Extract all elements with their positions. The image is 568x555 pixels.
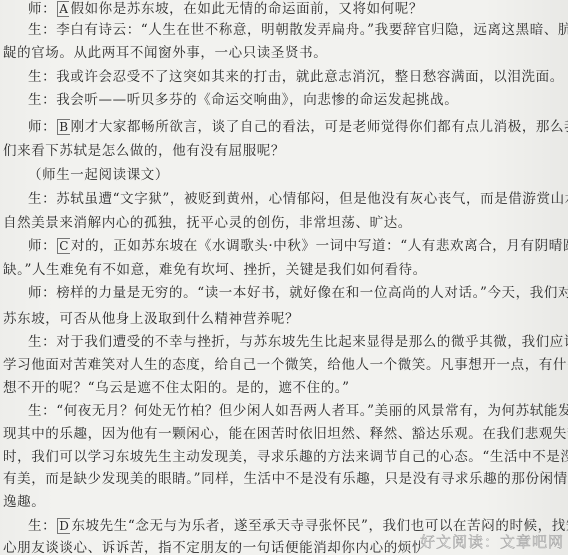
text-line-6: 师：B刚才大家都畅所欲言，谈了自己的看法，可是老师觉得你们都有点儿消极，那么我 bbox=[0, 118, 568, 136]
line-text: 苏轼虽遭“文字狱”，被贬到黄州，心情郁闷，但是他没有灰心丧气，而是借游赏山水等 bbox=[56, 191, 568, 207]
line-text: 苏东坡，可否从他身上汲取到什么精神营养呢？ bbox=[3, 311, 299, 327]
line-text: 时，我们可以学习东坡先生主动发现美，寻求乐趣的方法来调节自己的心态。“生活中不是… bbox=[3, 449, 568, 465]
line-text: 龊的官场。从此两耳不闻窗外事，一心只读圣贤书。 bbox=[3, 45, 327, 61]
marker-D: D bbox=[57, 518, 70, 534]
text-line-21: 有美，而是缺少发现美的眼睛。”同样，生活中不是没有乐趣，只是没有寻求乐趣的那份闲… bbox=[0, 470, 568, 488]
line-text: 对于我们遭受的不幸与挫折，与苏东坡先生比起来显得是那么的微乎其微，我们应该 bbox=[56, 334, 568, 350]
scanned-page: 师：A假如你是苏东坡，在如此无情的命运面前，又将如何呢？ 生：李白有诗云：“人生… bbox=[0, 0, 568, 555]
text-line-16: 学习他面对苦难笑对人生的态度，给自己一个微笑，给他人一个微笑。凡事想开一点，有什… bbox=[0, 356, 568, 374]
text-line-15: 生：对于我们遭受的不幸与挫折，与苏东坡先生比起来显得是那么的微乎其微，我们应该 bbox=[0, 333, 568, 351]
text-line-13: 师：榜样的力量是无穷的。“读一本好书，就好像在和一位高尚的人对话。”今天，我们对… bbox=[0, 284, 568, 302]
underlined-text: 假如你是苏东坡，在如此无情的命运面前，又将如何呢？ bbox=[70, 1, 423, 18]
underlined-text: 刚才大家都畅所欲言，谈了自己的看法，可是老师觉得你们都有点儿消极，那么我 bbox=[71, 119, 568, 136]
marker-C: C bbox=[57, 238, 70, 254]
line-text: 榜样的力量是无穷的。“读一本好书，就好像在和一位高尚的人对话。”今天，我们对话 bbox=[56, 285, 568, 301]
underlined-text: 对的，正如苏东坡在《水调歌头·中秋》一词中写道：“人有悲欢离合，月有阴晴圆 bbox=[71, 238, 568, 255]
line-text: “何夜无月？何处无竹柏？但少闲人如吾两人者耳。”美丽的风景常有，为何苏轼能发 bbox=[56, 403, 568, 419]
speaker-label: 生： bbox=[28, 92, 56, 108]
underlined-text: 心朋友谈谈心、诉诉苦，指不定朋友的一句话便能消却你内心的烦忧。 bbox=[3, 540, 420, 555]
speaker-label: 生： bbox=[28, 191, 56, 207]
text-line-4: 生：我或许会忍受不了这突如其来的打击，就此意志消沉，整日愁容满面，以泪洗面。 bbox=[0, 68, 568, 86]
watermark: 好文阅读：文章吧网 bbox=[420, 531, 564, 552]
speaker-label: 师： bbox=[28, 238, 56, 254]
text-line-3: 龊的官场。从此两耳不闻窗外事，一心只读圣贤书。 bbox=[0, 44, 568, 62]
underlined-text: 缺。”人生难免有不如意，难免有坎坷、挫折，关键是我们如何看待。 bbox=[3, 262, 427, 279]
speaker-label: 生： bbox=[28, 22, 56, 38]
text-line-10: 自然美景来消解内心的孤独，抚平心灵的创伤，非常坦荡、旷达。 bbox=[0, 214, 568, 232]
text-line-18: 生：“何夜无月？何处无竹柏？但少闲人如吾两人者耳。”美丽的风景常有，为何苏轼能发 bbox=[0, 402, 568, 420]
line-text: 现其中的乐趣，因为他有一颗闲心，能在困苦时依旧坦然、释然、豁达乐观。在我们悲观失… bbox=[3, 426, 568, 442]
text-line-7: 们来看下苏轼是怎么做的，他有没有屈服呢？ bbox=[0, 142, 568, 160]
line-text: 有美，而是缺少发现美的眼睛。”同样，生活中不是没有乐趣，只是没有寻求乐趣的那份闲… bbox=[3, 471, 568, 487]
speaker-label: 师： bbox=[28, 285, 56, 301]
text-line-9: 生：苏轼虽遭“文字狱”，被贬到黄州，心情郁闷，但是他没有灰心丧气，而是借游赏山水… bbox=[0, 190, 568, 208]
underlined-text: 们来看下苏轼是怎么做的，他有没有屈服呢？ bbox=[3, 143, 285, 160]
text-line-24: 心朋友谈谈心、诉诉苦，指不定朋友的一句话便能消却你内心的烦忧。 bbox=[0, 539, 420, 555]
text-line-20: 时，我们可以学习东坡先生主动发现美，寻求乐趣的方法来调节自己的心态。“生活中不是… bbox=[0, 448, 568, 466]
stage-direction: （师生一起阅读课文） bbox=[28, 167, 169, 183]
speaker-label: 生： bbox=[28, 334, 56, 350]
text-line-19: 现其中的乐趣，因为他有一颗闲心，能在困苦时依旧坦然、释然、豁达乐观。在我们悲观失… bbox=[0, 425, 568, 443]
text-line-14: 苏东坡，可否从他身上汲取到什么精神营养呢？ bbox=[0, 310, 568, 328]
speaker-label: 生： bbox=[28, 69, 56, 85]
text-line-1: 师：A假如你是苏东坡，在如此无情的命运面前，又将如何呢？ bbox=[0, 0, 568, 18]
speaker-label: 生： bbox=[28, 518, 56, 534]
text-line-11: 师：C对的，正如苏东坡在《水调歌头·中秋》一词中写道：“人有悲欢离合，月有阴晴圆 bbox=[0, 237, 568, 255]
line-text: 想不开的呢？“乌云是遮不住太阳的。是的，遮不住的。” bbox=[3, 380, 350, 396]
line-text: 我会听——听贝多芬的《命运交响曲》，向悲惨的命运发起挑战。 bbox=[56, 92, 458, 108]
line-text: 李白有诗云：“人生在世不称意，明朝散发弄扁舟。”我要辞官归隐，远离这黑暗、肮脏腐 bbox=[56, 22, 568, 38]
text-line-22: 逸趣。 bbox=[0, 493, 568, 511]
text-line-8: （师生一起阅读课文） bbox=[0, 166, 568, 184]
text-line-5: 生：我会听——听贝多芬的《命运交响曲》，向悲惨的命运发起挑战。 bbox=[0, 91, 568, 109]
text-line-12: 缺。”人生难免有不如意，难免有坎坷、挫折，关键是我们如何看待。 bbox=[0, 261, 568, 279]
speaker-label: 师： bbox=[28, 119, 56, 135]
line-text: 逸趣。 bbox=[3, 494, 45, 510]
marker-B: B bbox=[57, 119, 69, 135]
text-line-2: 生：李白有诗云：“人生在世不称意，明朝散发弄扁舟。”我要辞官归隐，远离这黑暗、肮… bbox=[0, 21, 568, 39]
speaker-label: 生： bbox=[28, 403, 56, 419]
line-text: 自然美景来消解内心的孤独，抚平心灵的创伤，非常坦荡、旷达。 bbox=[3, 215, 412, 231]
line-text: 学习他面对苦难笑对人生的态度，给自己一个微笑，给他人一个微笑。凡事想开一点，有什… bbox=[3, 357, 568, 373]
marker-A: A bbox=[57, 1, 69, 17]
line-text: 我或许会忍受不了这突如其来的打击，就此意志消沉，整日愁容满面，以泪洗面。 bbox=[56, 69, 564, 85]
speaker-label: 师： bbox=[28, 1, 56, 17]
text-line-17: 想不开的呢？“乌云是遮不住太阳的。是的，遮不住的。” bbox=[0, 379, 568, 397]
